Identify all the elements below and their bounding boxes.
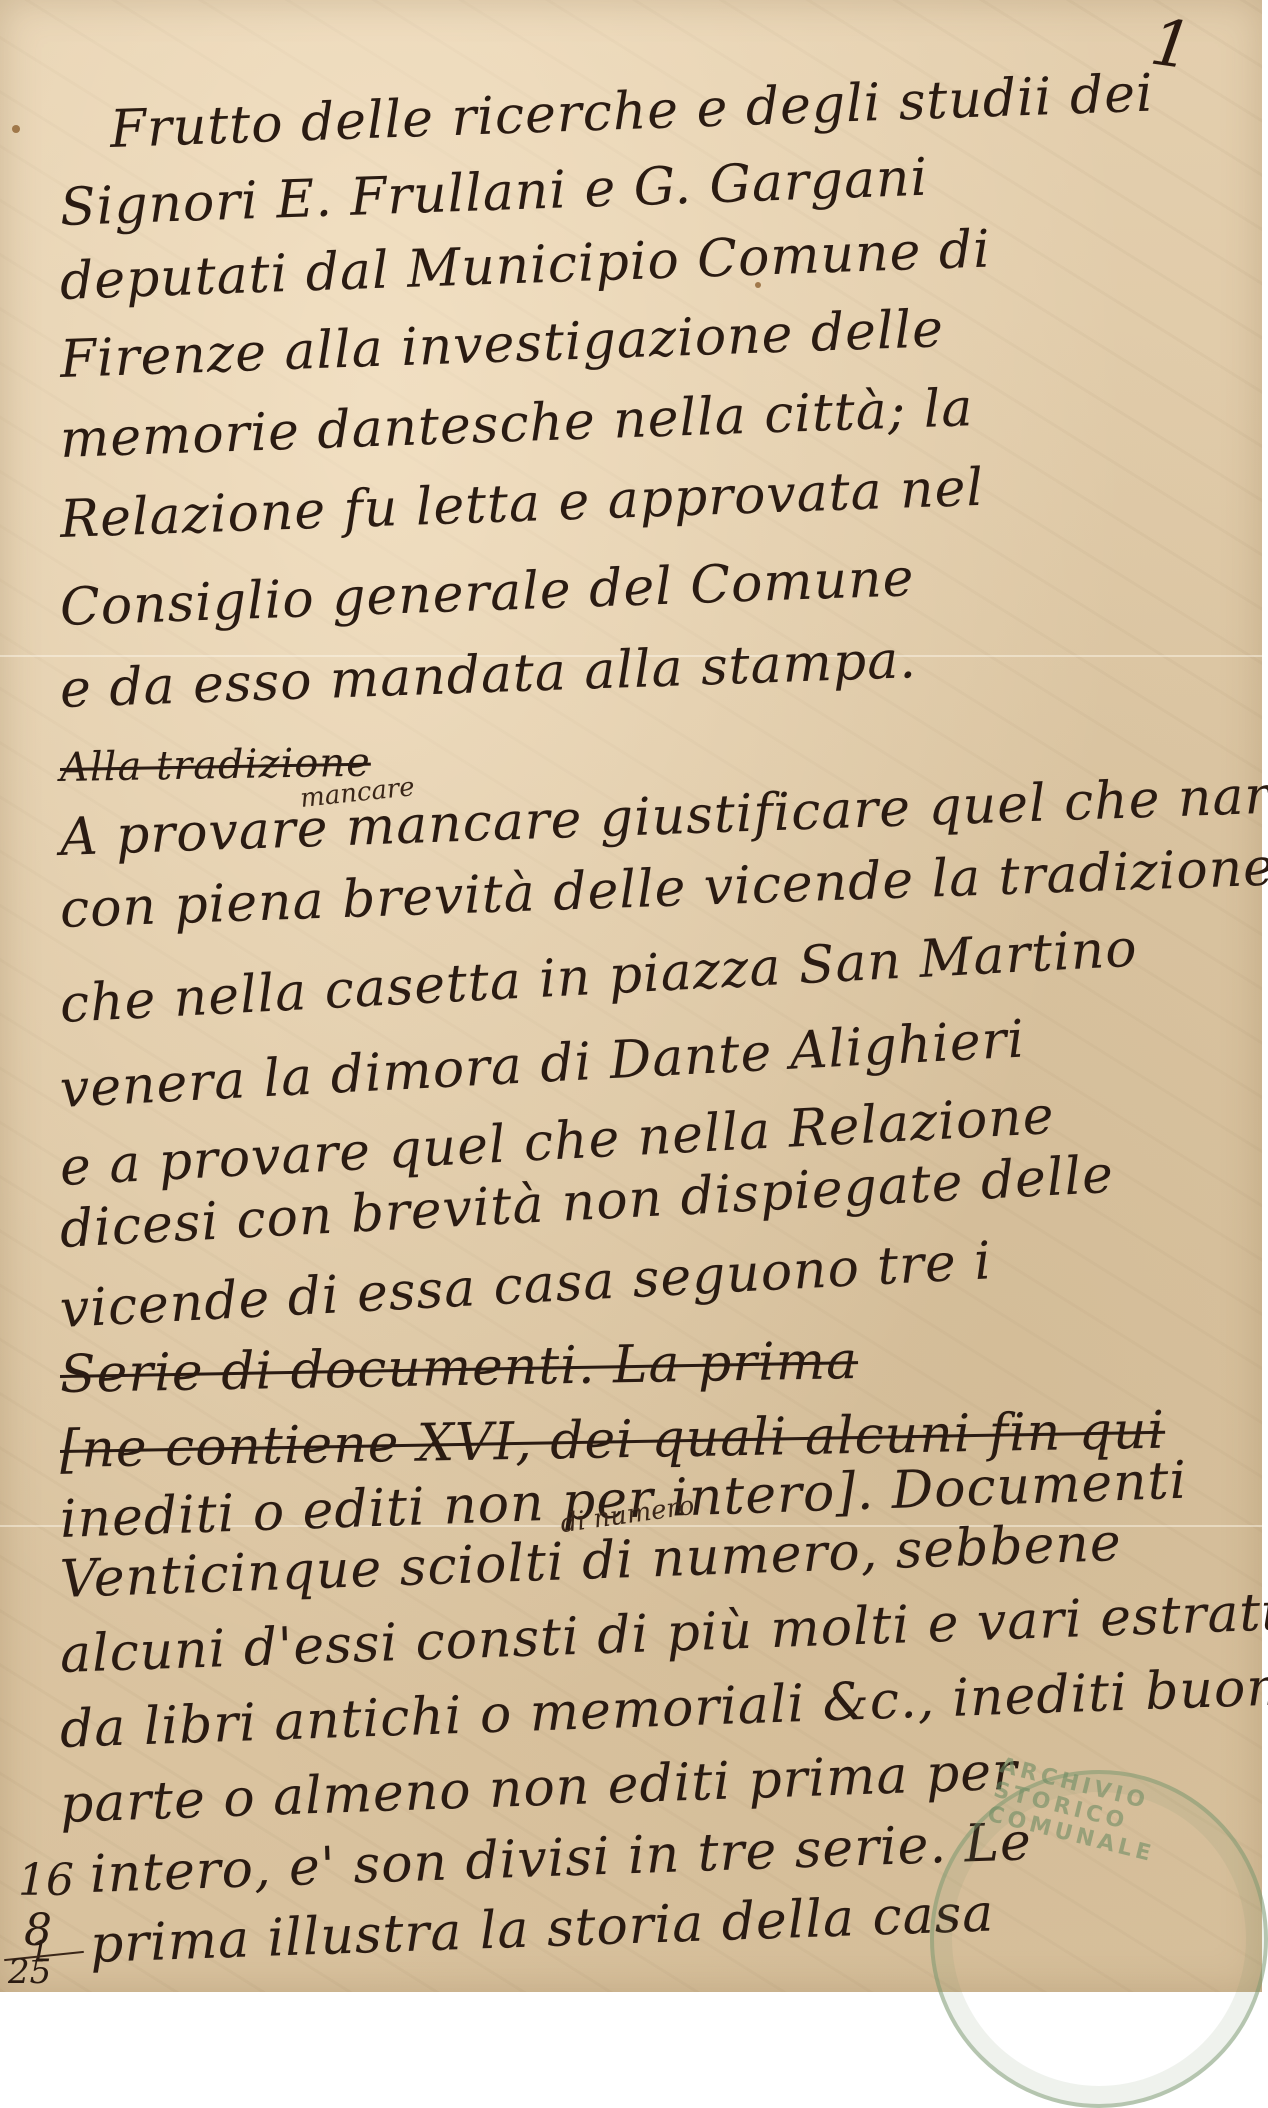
manuscript-line: Firenze alla investigazione delle <box>59 299 945 390</box>
struck-line: Serie di documenti. La prima <box>59 1331 858 1405</box>
folio-number: 1 <box>1146 6 1197 85</box>
manuscript-line: Relazione fu letta e approvata nel <box>59 458 985 550</box>
manuscript-line: e da esso mandata alla stampa. <box>59 630 918 720</box>
manuscript-line: Consiglio generale del Comune <box>59 548 915 638</box>
manuscript-line: memorie dantesche nella città; la <box>59 378 974 470</box>
margin-tally-total: 25 <box>8 1952 51 1992</box>
paper-spot <box>12 125 20 133</box>
manuscript-line: deputati dal Municipio Comune di <box>59 220 992 312</box>
manuscript-line: Signori E. Frullani e G. Gargani <box>59 148 929 238</box>
margin-tally-number: 16 <box>18 1855 74 1906</box>
manuscript-page: 1 Frutto delle ricerche e degli studii d… <box>0 0 1262 1992</box>
manuscript-line: Frutto delle ricerche e degli studii dei <box>109 64 1155 160</box>
